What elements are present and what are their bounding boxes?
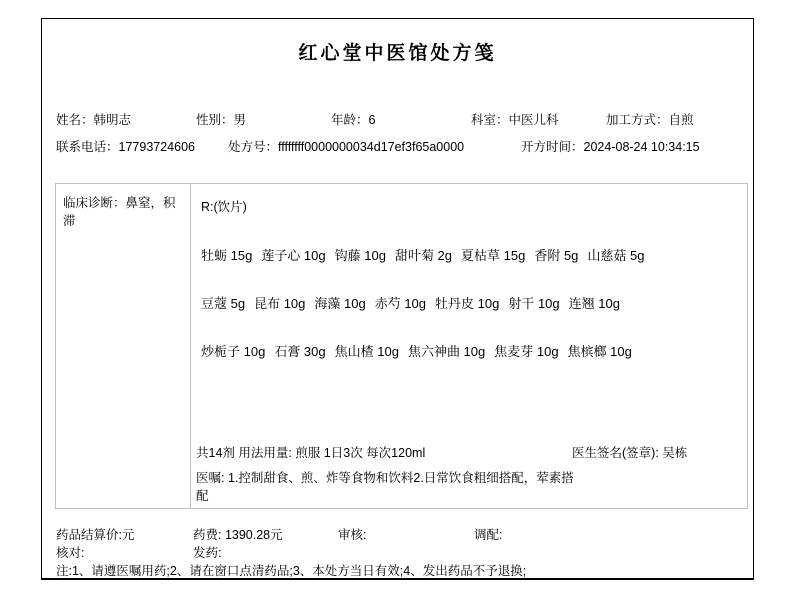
herb-line: 豆蔻 5g昆布 10g海藻 10g赤芍 10g牡丹皮 10g射干 10g连翘 1… <box>201 293 629 312</box>
prescription-sheet: 红心堂中医馆处方笺 姓名：韩明志 性别：男 年龄：6 科室：中医儿科 加工方式：… <box>41 18 754 580</box>
herb-item: 焦山楂 10g <box>335 344 399 359</box>
herb-item: 焦麦芽 10g <box>494 344 558 359</box>
herb-item: 豆蔻 5g <box>201 296 245 311</box>
field-value: 元 <box>122 528 135 542</box>
field-value: 中医儿科 <box>509 113 559 127</box>
herb-item: 焦槟榔 10g <box>568 344 632 359</box>
field-prescription-number: 处方号：ffffffff0000000034d17ef3f65a0000 <box>228 137 464 155</box>
field-value: 自煎 <box>669 113 694 127</box>
field-issue: 发药: <box>193 543 221 561</box>
field-age: 年龄：6 <box>331 110 375 128</box>
field-value: ffffffff0000000034d17ef3f65a0000 <box>278 140 464 154</box>
herb-item: 连翘 10g <box>569 296 620 311</box>
field-label: 科室： <box>471 113 509 127</box>
field-label: 性别： <box>196 113 234 127</box>
diagnosis-column: 临床诊断：鼻窒，积滞 <box>56 184 191 508</box>
herb-item: 赤芍 10g <box>375 296 426 311</box>
herb-item: 昆布 10g <box>254 296 305 311</box>
field-label: 审核: <box>338 528 366 542</box>
footer-note: 注:1、请遵医嘱用药;2、请在窗口点清药品;3、本处方当日有效;4、发出药品不予… <box>56 561 526 579</box>
herb-item: 炒栀子 10g <box>201 344 265 359</box>
herb-item: 莲子心 10g <box>261 248 325 263</box>
field-processing-method: 加工方式：自煎 <box>606 110 694 128</box>
field-value: 韩明志 <box>94 113 132 127</box>
field-label: 核对: <box>56 546 84 560</box>
doctor-signature: 医生签名(签章): 吴栋 <box>572 443 687 461</box>
herb-line: 牡蛎 15g莲子心 10g钩藤 10g甜叶菊 2g夏枯草 15g香附 5g山慈菇… <box>201 245 653 264</box>
clinic-title: 红心堂中医馆处方笺 <box>42 38 753 65</box>
field-phone: 联系电话：17793724606 <box>56 137 195 155</box>
field-label: 联系电话： <box>56 140 119 154</box>
field-department: 科室：中医儿科 <box>471 110 559 128</box>
field-check: 核对: <box>56 543 84 561</box>
herb-item: 石膏 30g <box>274 344 325 359</box>
field-value: 6 <box>369 113 376 127</box>
field-value: 男 <box>234 113 247 127</box>
field-review: 审核: <box>338 525 366 543</box>
field-label: 姓名： <box>56 113 94 127</box>
doctor-advice: 医嘱: 1.控制甜食、煎、炸等食物和饮料2.日常饮食粗细搭配，荤素搭配 <box>196 469 578 505</box>
field-label: 药费: <box>193 528 225 542</box>
field-label: 年龄： <box>331 113 369 127</box>
field-settlement-price: 药品结算价:元 <box>56 525 135 543</box>
prescription-box: 临床诊断：鼻窒，积滞 R:(饮片) 共14剂 用法用量: 煎服 1日3次 每次1… <box>55 183 748 509</box>
herb-item: 焦六神曲 10g <box>408 344 485 359</box>
field-prescription-time: 开方时间：2024-08-24 10:34:15 <box>521 137 700 155</box>
field-gender: 性别：男 <box>196 110 246 128</box>
field-label: 加工方式： <box>606 113 669 127</box>
field-medicine-fee: 药费: 1390.28元 <box>193 525 283 543</box>
herb-item: 牡蛎 15g <box>201 248 252 263</box>
field-label: 开方时间： <box>521 140 584 154</box>
field-label: 发药: <box>193 546 221 560</box>
field-patient-name: 姓名：韩明志 <box>56 110 131 128</box>
herb-item: 甜叶菊 2g <box>395 248 452 263</box>
herb-line: 炒栀子 10g石膏 30g焦山楂 10g焦六神曲 10g焦麦芽 10g焦槟榔 1… <box>201 341 641 360</box>
dose-usage-line: 共14剂 用法用量: 煎服 1日3次 每次120ml <box>196 443 425 461</box>
field-value: 17793724606 <box>119 140 195 154</box>
field-value: 1390.28元 <box>225 528 283 542</box>
field-label: 调配: <box>474 528 502 542</box>
clinical-diagnosis: 临床诊断：鼻窒，积滞 <box>56 184 190 230</box>
herb-item: 海藻 10g <box>314 296 365 311</box>
field-label: 药品结算价: <box>56 528 122 542</box>
rx-header: R:(饮片) <box>201 197 247 215</box>
herb-item: 山慈菇 5g <box>587 248 644 263</box>
herb-item: 夏枯草 15g <box>461 248 525 263</box>
field-label: 处方号： <box>228 140 278 154</box>
field-label: 临床诊断： <box>63 196 126 210</box>
field-value: 2024-08-24 10:34:15 <box>584 140 700 154</box>
herb-item: 射干 10g <box>508 296 559 311</box>
field-dispense: 调配: <box>474 525 502 543</box>
herb-item: 钩藤 10g <box>335 248 386 263</box>
herb-item: 香附 5g <box>534 248 578 263</box>
herb-item: 牡丹皮 10g <box>435 296 499 311</box>
